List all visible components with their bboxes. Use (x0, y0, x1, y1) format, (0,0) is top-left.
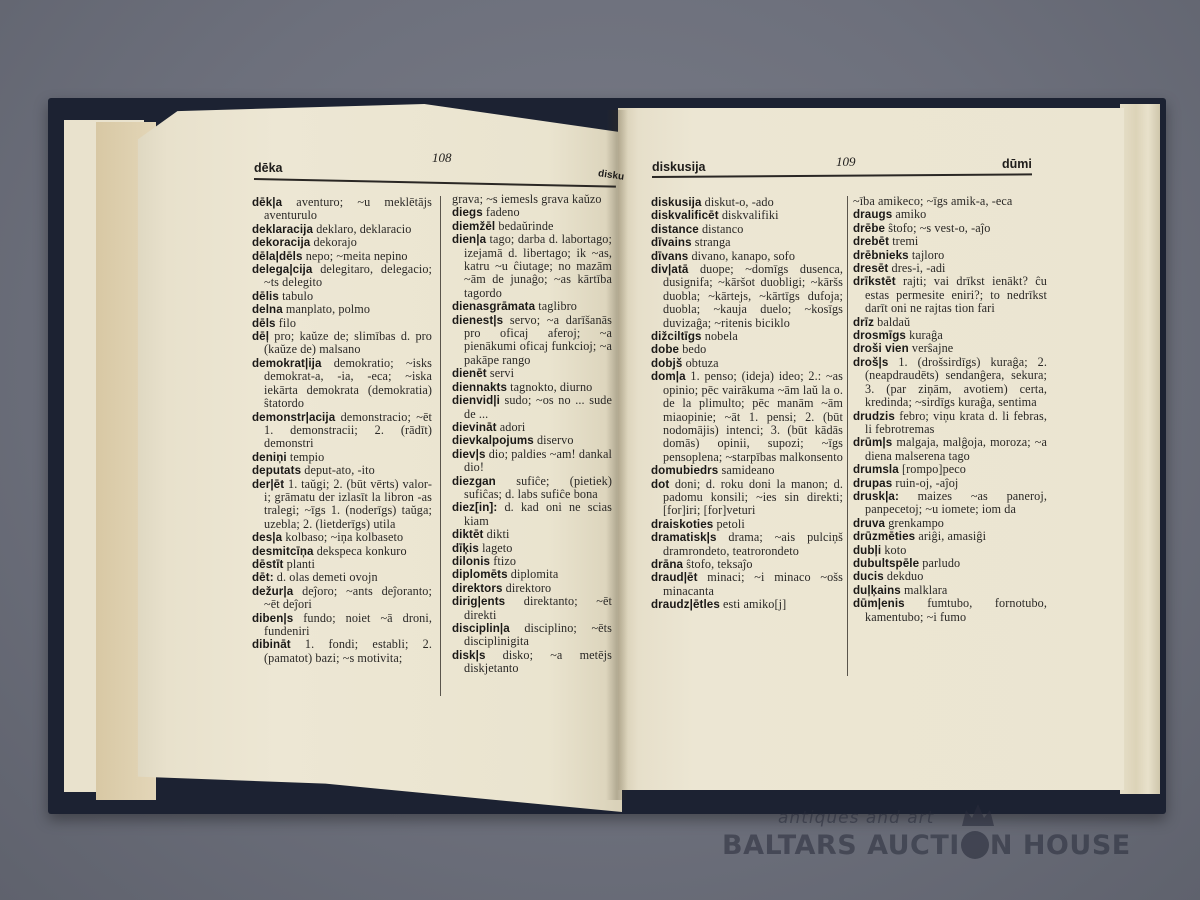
definition: petoli (713, 517, 745, 531)
headword: dienvid|i (452, 394, 500, 407)
headword: direktors (452, 582, 503, 595)
headword: dēls (252, 317, 276, 330)
headword: dīvains (651, 236, 692, 249)
definition: dekspeca konkuro (314, 544, 407, 558)
dictionary-entry: delega|cija delegitaro, delegacio; ~ts d… (252, 263, 432, 290)
dictionary-entry: druva grenkampo (853, 517, 1047, 530)
dictionary-entry: draud|ēt minaci; ~i minaco ~ošs minacant… (651, 571, 843, 598)
definition: tremi (889, 234, 918, 248)
dictionary-entry: diplomēts diplomita (452, 568, 612, 581)
dictionary-entry: drāna ŝtofo, teksaĵo (651, 558, 843, 571)
definition: lageto (479, 541, 513, 555)
headword: droši vien (853, 342, 909, 355)
definition: amiko (892, 207, 926, 221)
column-divider (440, 196, 441, 696)
definition: doni; d. roku doni la manon; d. padomu k… (663, 477, 843, 518)
definition: koto (881, 543, 906, 557)
dictionary-entry: draudz|ētles esti amiko[j] (651, 598, 843, 611)
dictionary-entry: drēbe ŝtofo; ~s vest-o, -aĵo (853, 222, 1047, 235)
definition: bedo (679, 342, 706, 356)
dictionary-entry: dievkalpojums diservo (452, 434, 612, 447)
dictionary-entry: dīvans divano, kanapo, sofo (651, 250, 843, 263)
headword: dienasgrāmata (452, 300, 535, 313)
headword: dienēt (452, 367, 487, 380)
auction-house-watermark: antiques and art BALTARS AUCTIN HOUSE (722, 808, 1142, 868)
page-block-edge (1120, 104, 1160, 794)
dictionary-entry: dēlis tabulo (252, 290, 432, 303)
watermark-subtitle: antiques and art (778, 808, 934, 828)
headword: des|a (252, 531, 282, 544)
definition: baldaŭ (874, 315, 910, 329)
headword: dubļi (853, 544, 881, 557)
dictionary-entry: dot doni; d. roku doni la manon; d. pado… (651, 478, 843, 518)
headword: drēbe (853, 222, 885, 235)
headword: der|ēt (252, 478, 284, 491)
headword: diennakts (452, 381, 507, 394)
headword: druva (853, 517, 885, 530)
dictionary-entry: dobe bedo (651, 343, 843, 356)
dictionary-entry: drūm|s malgaja, malĝoja, moroza; ~a dien… (853, 436, 1047, 463)
definition: kuraĝa (906, 328, 943, 342)
definition: dekduo (884, 569, 924, 583)
headword: deklaracija (252, 223, 313, 236)
dictionary-entry: des|a kolbaso; ~iņa kolbaseto (252, 531, 432, 544)
headword: draudz|ētles (651, 598, 720, 611)
dictionary-entry: dom|a 1. penso; (ideja) ideo; 2.: ~as op… (651, 370, 843, 464)
headword: div|atā (651, 263, 688, 276)
definition: aventuro; ~u meklētājs aventurulo (264, 195, 432, 222)
dictionary-entry: dobjš obtuza (651, 357, 843, 370)
dictionary-entry: desmitcīņa dekspeca konkuro (252, 545, 432, 558)
headword: deputats (252, 464, 301, 477)
definition: ~ība amikeco; ~īgs amik-a, -eca (853, 194, 1012, 208)
headword: dežur|a (252, 585, 293, 598)
definition: disko; ~a metējs diskjetanto (464, 648, 612, 675)
dictionary-entry: dēls filo (252, 317, 432, 330)
dictionary-entry: delna manplato, polmo (252, 303, 432, 316)
dictionary-entry: dramatisk|s drama; ~ais pulciņš dramrond… (651, 531, 843, 558)
dictionary-entry: diskusija diskut-o, -ado (651, 196, 843, 209)
headword: demonstr|acija (252, 411, 335, 424)
headword: diktēt (452, 528, 484, 541)
definition: tajloro (909, 248, 945, 262)
headword: droš|s (853, 356, 888, 369)
dictionary-entry: dienasgrāmata taglibro (452, 300, 612, 313)
headword: diez[in]: (452, 501, 497, 514)
column-divider (847, 196, 848, 676)
headword: drumsla (853, 463, 899, 476)
headword: drēbnieks (853, 249, 909, 262)
dictionary-entry: drudzis febro; viņu krata d. li febras, … (853, 410, 1047, 437)
headword: desmitcīņa (252, 545, 314, 558)
dictionary-entry: droš|s 1. (drošsirdīgs) kuraĝa; 2. (neap… (853, 356, 1047, 410)
definition: dres-i, -adi (888, 261, 945, 275)
definition: ftizo (490, 554, 516, 568)
right-page-column-2: ~ība amikeco; ~īgs amik-a, -ecadraugs am… (853, 195, 1047, 624)
dictionary-entry: dibināt 1. fondi; establi; 2. (pamatot) … (252, 638, 432, 665)
dictionary-entry: drebēt tremi (853, 235, 1047, 248)
headword: drudzis (853, 410, 895, 423)
definition: kolbaso; ~iņa kolbaseto (282, 530, 403, 544)
headword: drīkstēt (853, 275, 896, 288)
definition: adori (497, 420, 526, 434)
dictionary-entry: draugs amiko (853, 208, 1047, 221)
headword: dēļ (252, 330, 269, 343)
headword: dobe (651, 343, 679, 356)
dictionary-entry: dubultspēle parludo (853, 557, 1047, 570)
definition: manplato, polmo (283, 302, 370, 316)
dictionary-entry: dievināt adori (452, 421, 612, 434)
headword: deniņi (252, 451, 287, 464)
definition: [rompo]peco (899, 462, 966, 476)
dictionary-entry: dūm|enis fumtubo, fornotubo, kamentubo; … (853, 597, 1047, 624)
dictionary-entry: duļķains malklara (853, 584, 1047, 597)
headword: dirig|ents (452, 595, 505, 608)
headword: dižciltīgs (651, 330, 702, 343)
definition: distanco (699, 222, 744, 236)
headword: draud|ēt (651, 571, 698, 584)
definition: tempio (287, 450, 325, 464)
headword: dibināt (252, 638, 291, 651)
dictionary-entry: ~ība amikeco; ~īgs amik-a, -eca (853, 195, 1047, 208)
dictionary-entry: dēk|a aventuro; ~u meklētājs aventurulo (252, 196, 432, 223)
headword: dievkalpojums (452, 434, 534, 447)
watermark-title: BALTARS AUCTIN HOUSE (722, 830, 1131, 861)
dictionary-entry: der|ēt 1. taŭgi; 2. (būt vērts) valor-i;… (252, 478, 432, 532)
definition: deput-ato, -ito (301, 463, 375, 477)
headword: dūm|enis (853, 597, 905, 610)
headword: dien|a (452, 233, 486, 246)
dictionary-entry: diben|s fundo; noiet ~ā droni, fundeniri (252, 612, 432, 639)
definition: diskut-o, -ado (702, 195, 774, 209)
headword: dēk|a (252, 196, 282, 209)
dictionary-entry: direktors direktoro (452, 582, 612, 595)
definition: d. olas demeti ovojn (274, 570, 378, 584)
dictionary-entry: dienest|s servo; ~a darīšanās pro oficaj… (452, 314, 612, 368)
definition: 1. (drošsirdīgs) kuraĝa; 2. (neapdraudēt… (865, 355, 1047, 409)
dictionary-entry: drīz baldaŭ (853, 316, 1047, 329)
dictionary-entry: dubļi koto (853, 544, 1047, 557)
headword: diegs (452, 206, 483, 219)
dictionary-entry: dekoracija dekorajo (252, 236, 432, 249)
headword: draugs (853, 208, 892, 221)
definition: nepo; ~meita nepino (303, 249, 408, 263)
dictionary-entry: dienvid|i sudo; ~os no ... sude de ... (452, 394, 612, 421)
headword: dēstīt (252, 558, 284, 571)
headword: diskusija (651, 196, 702, 209)
definition: filo (276, 316, 296, 330)
definition: planti (284, 557, 316, 571)
definition: 1. taŭgi; 2. (būt vērts) valor-i; grāmat… (264, 477, 432, 531)
definition: diskvalifiki (719, 208, 779, 222)
watermark-title-left: BALTARS AUCTI (722, 830, 960, 861)
dictionary-entry: dienēt servi (452, 367, 612, 380)
dictionary-entry: dežur|a deĵoro; ~ants deĵoranto; ~ēt deĵ… (252, 585, 432, 612)
dictionary-entry: diennakts tagnokto, diurno (452, 381, 612, 394)
definition: tago; darba d. labortago; izejamā d. lib… (464, 232, 612, 300)
definition: parludo (919, 556, 960, 570)
headword: diev|s (452, 448, 486, 461)
headword: dēla|dēls (252, 250, 303, 263)
dictionary-entry: dižciltīgs nobela (651, 330, 843, 343)
definition: pro; kaŭze de; slimības d. pro (kaŭze de… (264, 329, 432, 356)
dictionary-entry: draiskoties petoli (651, 518, 843, 531)
dictionary-entry: diktēt dikti (452, 528, 612, 541)
dictionary-entry: drūzmēties ariĝi, amasiĝi (853, 530, 1047, 543)
dictionary-entry: dēla|dēls nepo; ~meita nepino (252, 250, 432, 263)
photo-scene: dēka 108 disku dēk|a aventuro; ~u meklēt… (0, 0, 1200, 900)
headword: drosmīgs (853, 329, 906, 342)
definition: bedaŭrinde (495, 219, 553, 233)
headword: dievināt (452, 421, 497, 434)
dictionary-entry: grava; ~s iemesls grava kaŭzo (452, 193, 612, 206)
dictionary-entry: droši vien verŝajne (853, 342, 1047, 355)
definition: ŝtofo, teksaĵo (683, 557, 753, 571)
dictionary-entry: demonstr|acija demonstracio; ~ēt 1. demo… (252, 411, 432, 451)
definition: dio; paldies ~am! dankal dio! (464, 447, 612, 474)
dictionary-entry: drīkstēt rajti; vai drīkst ienākt? ĉu es… (853, 275, 1047, 315)
headword: diben|s (252, 612, 293, 625)
headword: dilonis (452, 555, 490, 568)
headword: diezgan (452, 475, 496, 488)
definition: dikti (484, 527, 510, 541)
headword: dresēt (853, 262, 888, 275)
dictionary-entry: diskvalificēt diskvalifiki (651, 209, 843, 222)
dictionary-entry: drosmīgs kuraĝa (853, 329, 1047, 342)
headword: distance (651, 223, 699, 236)
headword: diplomēts (452, 568, 508, 581)
dictionary-entry: deputats deput-ato, -ito (252, 464, 432, 477)
definition: taglibro (535, 299, 577, 313)
definition: 1. penso; (ideja) ideo; 2.: ~as opinio; … (663, 369, 843, 463)
right-running-head-end: dūmi (1002, 157, 1032, 171)
headword: diemžēl (452, 220, 495, 233)
definition: malklara (901, 583, 948, 597)
headword: dramatisk|s (651, 531, 717, 544)
dictionary-entry: dīķis lageto (452, 542, 612, 555)
definition: grenkampo (885, 516, 944, 530)
headword: ducis (853, 570, 884, 583)
headword: dom|a (651, 370, 686, 383)
definition: ŝtofo; ~s vest-o, -aĵo (885, 221, 990, 235)
headword: drāna (651, 558, 683, 571)
dictionary-entry: domubiedrs samideano (651, 464, 843, 477)
left-page-column-2: grava; ~s iemesls grava kaŭzodiegs faden… (452, 193, 612, 676)
dictionary-entry: deklaracija deklaro, deklaracio (252, 223, 432, 236)
headword: drebēt (853, 235, 889, 248)
headword: drīz (853, 316, 874, 329)
left-page-number: 108 (432, 150, 452, 166)
definition: verŝajne (909, 341, 954, 355)
definition: grava; ~s iemesls grava kaŭzo (452, 192, 602, 206)
watermark-title-right: N HOUSE (990, 830, 1131, 861)
headword: drupas (853, 477, 892, 490)
headword: dēlis (252, 290, 279, 303)
right-running-head-start: diskusija (652, 160, 706, 174)
headword: dekoracija (252, 236, 310, 249)
left-running-head-start: dēka (254, 161, 283, 175)
definition: ruin-oj, -aĵoj (892, 476, 958, 490)
dictionary-entry: distance distanco (651, 223, 843, 236)
headword: dīvans (651, 250, 688, 263)
left-page-column-1: dēk|a aventuro; ~u meklētājs aventurulod… (252, 196, 432, 665)
headword: dīķis (452, 542, 479, 555)
headword: drusk|a: (853, 490, 899, 503)
right-page-column-1: diskusija diskut-o, -adodiskvalificēt di… (651, 196, 843, 612)
definition: fadeno (483, 205, 520, 219)
dictionary-entry: drusk|a: maizes ~as paneroj, panpecetoj;… (853, 490, 1047, 517)
headword: delega|cija (252, 263, 312, 276)
headword: dobjš (651, 357, 682, 370)
crown-icon (960, 802, 996, 828)
dictionary-entry: dresēt dres-i, -adi (853, 262, 1047, 275)
dictionary-entry: diemžēl bedaŭrinde (452, 220, 612, 233)
dictionary-entry: demokrat|ija demokratio; ~isks demokrat-… (252, 357, 432, 411)
dictionary-entry: drēbnieks tajloro (853, 249, 1047, 262)
headword: draiskoties (651, 518, 713, 531)
definition: tagnokto, diurno (507, 380, 592, 394)
right-page-number: 109 (836, 154, 856, 170)
definition: nobela (702, 329, 738, 343)
headword: disk|s (452, 649, 486, 662)
headword: disciplin|a (452, 622, 510, 635)
headword: diskvalificēt (651, 209, 719, 222)
headword: domubiedrs (651, 464, 718, 477)
definition: malgaja, malĝoja, moroza; ~a diena malse… (865, 435, 1047, 462)
dictionary-entry: diegs fadeno (452, 206, 612, 219)
dictionary-entry: drupas ruin-oj, -aĵoj (853, 477, 1047, 490)
definition: direktoro (503, 581, 552, 595)
dictionary-entry: dīvains stranga (651, 236, 843, 249)
headword: drūzmēties (853, 530, 915, 543)
dictionary-entry: diez[in]: d. kad oni ne scias kiam (452, 501, 612, 528)
definition: diservo (534, 433, 574, 447)
headword: dēt: (252, 571, 274, 584)
headword: dienest|s (452, 314, 503, 327)
definition: diplomita (508, 567, 559, 581)
definition: samideano (718, 463, 774, 477)
dictionary-entry: dirig|ents direktanto; ~ēt direkti (452, 595, 612, 622)
definition: divano, kanapo, sofo (688, 249, 795, 263)
dictionary-entry: disk|s disko; ~a metējs diskjetanto (452, 649, 612, 676)
definition: tabulo (279, 289, 313, 303)
headword: drūm|s (853, 436, 892, 449)
dictionary-entry: div|atā duope; ~domīgs dusenca, dusignif… (651, 263, 843, 330)
dictionary-entry: ducis dekduo (853, 570, 1047, 583)
definition: stranga (692, 235, 731, 249)
definition: ariĝi, amasiĝi (915, 529, 986, 543)
definition: obtuza (682, 356, 718, 370)
dictionary-entry: dien|a tago; darba d. labortago; izejamā… (452, 233, 612, 300)
dictionary-entry: dilonis ftizo (452, 555, 612, 568)
headword: dubultspēle (853, 557, 919, 570)
watermark-orb-icon (961, 831, 989, 859)
definition: servi (487, 366, 514, 380)
headword: dot (651, 478, 669, 491)
definition: esti amiko[j] (720, 597, 786, 611)
dictionary-entry: diev|s dio; paldies ~am! dankal dio! (452, 448, 612, 475)
headword: delna (252, 303, 283, 316)
dictionary-entry: dēstīt planti (252, 558, 432, 571)
definition: deklaro, deklaracio (313, 222, 411, 236)
dictionary-entry: drumsla [rompo]peco (853, 463, 1047, 476)
dictionary-entry: dēļ pro; kaŭze de; slimības d. pro (kaŭz… (252, 330, 432, 357)
dictionary-entry: disciplin|a disciplino; ~ēts disciplinig… (452, 622, 612, 649)
definition: dekorajo (310, 235, 357, 249)
dictionary-entry: diezgan sufiĉe; (pietiek) sufiĉas; d. la… (452, 475, 612, 502)
headword: duļķains (853, 584, 901, 597)
dictionary-entry: deniņi tempio (252, 451, 432, 464)
headword: demokrat|ija (252, 357, 322, 370)
dictionary-entry: dēt: d. olas demeti ovojn (252, 571, 432, 584)
definition: duope; ~domīgs dusenca, dusignifa; ~kārš… (663, 262, 843, 330)
